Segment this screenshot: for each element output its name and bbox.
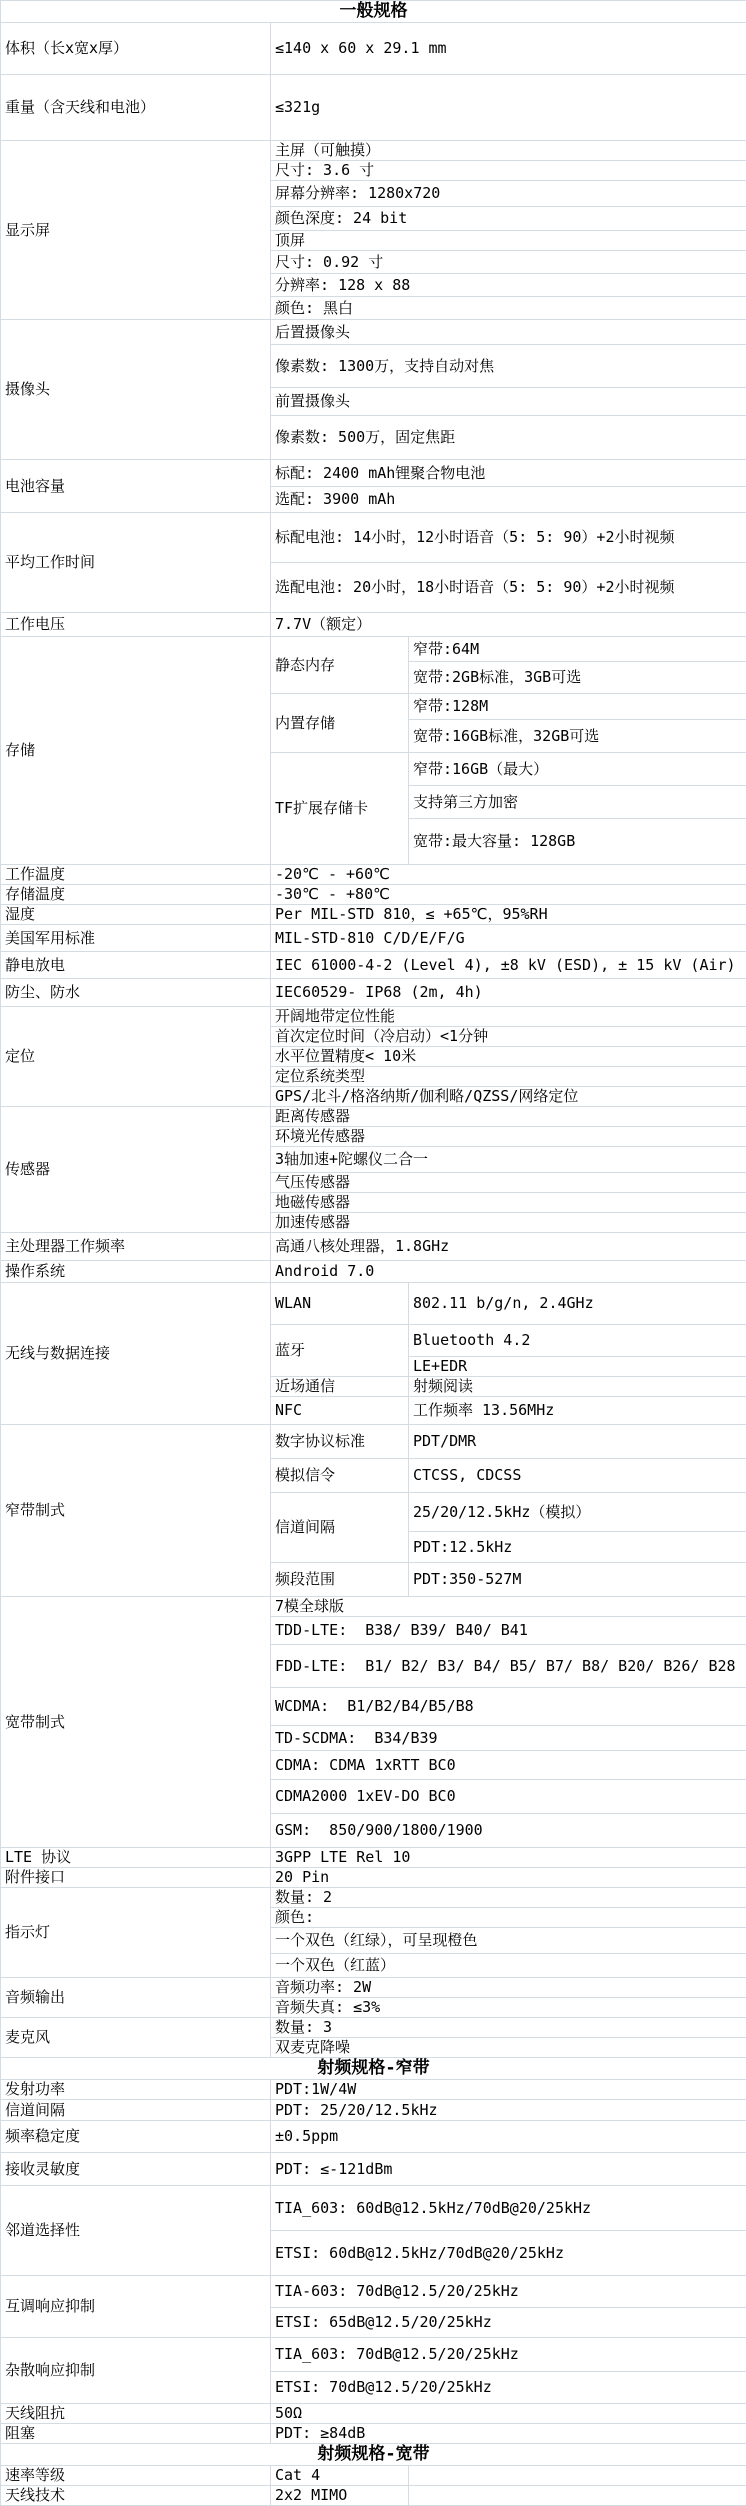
spec-value-cell: 屏幕分辨率: 1280x720 — [271, 181, 746, 207]
spec-label-cell: 定位 — [1, 1007, 271, 1107]
spec-label-cell: 湿度 — [1, 905, 271, 925]
spec-value-cell: Android 7.0 — [271, 1261, 746, 1283]
spec-value-cell: GSM: 850/900/1800/1900 — [271, 1814, 746, 1848]
spec-value-cell: Per MIL-STD 810，≤ +65℃，95%RH — [271, 905, 746, 925]
spec-value-cell: IEC 61000-4-2 (Level 4), ±8 kV (ESD), ± … — [271, 952, 746, 979]
spec-value-cell: 像素数: 1300万，支持自动对焦 — [271, 345, 746, 388]
spec-label-cell: LTE 协议 — [1, 1848, 271, 1868]
spec-value-cell: 25/20/12.5kHz（模拟） — [409, 1493, 746, 1532]
spec-value-cell: 射频阅读 — [409, 1377, 746, 1397]
spec-label-cell: 工作温度 — [1, 865, 271, 885]
spec-value-cell: 尺寸: 3.6 寸 — [271, 161, 746, 181]
spec-label-cell: 操作系统 — [1, 1261, 271, 1283]
spec-value-cell: ETSI: 60dB@12.5kHz/70dB@20/25kHz — [271, 2231, 746, 2276]
spec-value-cell: Cat 4 — [271, 2466, 409, 2486]
spec-value-cell: TIA_603: 60dB@12.5kHz/70dB@20/25kHz — [271, 2186, 746, 2231]
spec-value-cell: 窄带:128M — [409, 694, 746, 720]
spec-value-cell: CTCSS, CDCSS — [409, 1459, 746, 1493]
spec-value-cell: 选配: 3900 mAh — [271, 487, 746, 513]
spec-label-cell: 静电放电 — [1, 952, 271, 979]
spec-value-cell: 支持第三方加密 — [409, 786, 746, 819]
spec-sub-cell: WLAN — [271, 1283, 409, 1325]
spec-value-cell: 地磁传感器 — [271, 1193, 746, 1213]
spec-value-cell: TIA-603: 70dB@12.5/20/25kHz — [271, 2276, 746, 2308]
spec-value-cell: 标配: 2400 mAh锂聚合物电池 — [271, 460, 746, 487]
spec-label-cell: 速率等级 — [1, 2466, 271, 2486]
spec-sub-cell: 频段范围 — [271, 1563, 409, 1597]
spec-value-cell: 宽带:16GB标准，32GB可选 — [409, 720, 746, 753]
spec-value-cell: 环境光传感器 — [271, 1127, 746, 1147]
spec-label-cell: 传感器 — [1, 1107, 271, 1233]
spec-sub-cell: NFC — [271, 1397, 409, 1425]
spec-value-cell: PDT:350-527M — [409, 1563, 746, 1597]
spec-value-cell: MIL-STD-810 C/D/E/F/G — [271, 925, 746, 952]
spec-value-cell: 3轴加速+陀螺仪二合一 — [271, 1147, 746, 1173]
spec-value-cell: ETSI: 70dB@12.5/20/25kHz — [271, 2372, 746, 2404]
spec-label-cell: 平均工作时间 — [1, 513, 271, 613]
spec-value-cell: PDT:1W/4W — [271, 2080, 746, 2100]
spec-value-cell: 宽带:2GB标准，3GB可选 — [409, 662, 746, 694]
spec-value-cell: 音频功率: 2W — [271, 1978, 746, 1998]
spec-empty-cell — [409, 2466, 746, 2486]
spec-value-cell: 后置摄像头 — [271, 320, 746, 345]
spec-sub-cell: 蓝牙 — [271, 1325, 409, 1377]
spec-value-cell: ±0.5ppm — [271, 2121, 746, 2153]
spec-label-cell: 接收灵敏度 — [1, 2153, 271, 2186]
spec-sub-cell: 近场通信 — [271, 1377, 409, 1397]
spec-label-cell: 存储温度 — [1, 885, 271, 905]
spec-value-cell: 3GPP LTE Rel 10 — [271, 1848, 746, 1868]
spec-value-cell: 窄带:64M — [409, 637, 746, 662]
spec-value-cell: WCDMA: B1/B2/B4/B5/B8 — [271, 1688, 746, 1726]
spec-value-cell: PDT: 25/20/12.5kHz — [271, 2100, 746, 2121]
spec-label-cell: 防尘、防水 — [1, 979, 271, 1007]
spec-label-cell: 天线阻抗 — [1, 2404, 271, 2424]
spec-label-cell: 显示屏 — [1, 141, 271, 320]
spec-value-cell: 颜色: — [271, 1908, 746, 1928]
spec-value-cell: Bluetooth 4.2 — [409, 1325, 746, 1357]
spec-value-cell: 7.7V（额定） — [271, 613, 746, 637]
spec-value-cell: 数量: 2 — [271, 1888, 746, 1908]
spec-value-cell: ≤321g — [271, 75, 746, 141]
spec-label-cell: 发射功率 — [1, 2080, 271, 2100]
spec-label-cell: 信道间隔 — [1, 2100, 271, 2121]
spec-sub-cell: 静态内存 — [271, 637, 409, 694]
spec-value-cell: PDT: ≥84dB — [271, 2424, 746, 2444]
spec-label-cell: 电池容量 — [1, 460, 271, 513]
spec-value-cell: CDMA2000 1xEV-DO BC0 — [271, 1780, 746, 1814]
spec-label-cell: 摄像头 — [1, 320, 271, 460]
spec-value-cell: TIA_603: 70dB@12.5/20/25kHz — [271, 2338, 746, 2372]
spec-value-cell: FDD-LTE: B1/ B2/ B3/ B4/ B5/ B7/ B8/ B20… — [271, 1645, 746, 1688]
spec-value-cell: 定位系统类型 — [271, 1067, 746, 1087]
spec-value-cell: 2x2 MIMO — [271, 2486, 409, 2506]
section-header: 一般规格 — [1, 1, 746, 23]
spec-value-cell: 尺寸: 0.92 寸 — [271, 251, 746, 274]
spec-value-cell: 主屏（可触摸） — [271, 141, 746, 161]
spec-value-cell: 7模全球版 — [271, 1597, 746, 1617]
spec-label-cell: 杂散响应抑制 — [1, 2338, 271, 2404]
spec-value-cell: 首次定位时间（冷启动）<1分钟 — [271, 1027, 746, 1047]
section-header: 射频规格-宽带 — [1, 2444, 746, 2466]
spec-value-cell: 高通八核处理器，1.8GHz — [271, 1233, 746, 1261]
spec-value-cell: 气压传感器 — [271, 1173, 746, 1193]
spec-label-cell: 阻塞 — [1, 2424, 271, 2444]
spec-value-cell: 顶屏 — [271, 231, 746, 251]
spec-value-cell: 一个双色（红蓝） — [271, 1954, 746, 1978]
spec-table: 一般规格体积（长x宽x厚）≤140 x 60 x 29.1 mm重量（含天线和电… — [0, 0, 746, 2506]
spec-value-cell: 802.11 b/g/n, 2.4GHz — [409, 1283, 746, 1325]
spec-value-cell: GPS/北斗/格洛纳斯/伽利略/QZSS/网络定位 — [271, 1087, 746, 1107]
spec-label-cell: 工作电压 — [1, 613, 271, 637]
spec-sub-cell: 数字协议标准 — [271, 1425, 409, 1459]
spec-value-cell: -30℃ - +80℃ — [271, 885, 746, 905]
spec-value-cell: PDT:12.5kHz — [409, 1532, 746, 1563]
spec-sub-cell: 信道间隔 — [271, 1493, 409, 1563]
spec-label-cell: 互调响应抑制 — [1, 2276, 271, 2338]
spec-value-cell: 宽带:最大容量: 128GB — [409, 819, 746, 865]
spec-label-cell: 天线技术 — [1, 2486, 271, 2506]
spec-value-cell: 开阔地带定位性能 — [271, 1007, 746, 1027]
spec-label-cell: 体积（长x宽x厚） — [1, 23, 271, 75]
spec-sub-cell: 模拟信令 — [271, 1459, 409, 1493]
spec-value-cell: 颜色深度: 24 bit — [271, 207, 746, 231]
spec-value-cell: -20℃ - +60℃ — [271, 865, 746, 885]
spec-table-body: 一般规格体积（长x宽x厚）≤140 x 60 x 29.1 mm重量（含天线和电… — [1, 1, 746, 2506]
spec-value-cell: 音频失真: ≤3% — [271, 1998, 746, 2018]
spec-value-cell: TD-SCDMA: B34/B39 — [271, 1726, 746, 1751]
spec-label-cell: 美国军用标准 — [1, 925, 271, 952]
spec-value-cell: 颜色: 黑白 — [271, 297, 746, 320]
spec-value-cell: LE+EDR — [409, 1357, 746, 1377]
spec-label-cell: 指示灯 — [1, 1888, 271, 1978]
spec-value-cell: 50Ω — [271, 2404, 746, 2424]
spec-value-cell: 20 Pin — [271, 1868, 746, 1888]
spec-sub-cell: 内置存储 — [271, 694, 409, 753]
spec-value-cell: 前置摄像头 — [271, 388, 746, 416]
spec-label-cell: 无线与数据连接 — [1, 1283, 271, 1425]
spec-value-cell: 一个双色（红绿），可呈现橙色 — [271, 1928, 746, 1954]
spec-value-cell: 标配电池: 14小时，12小时语音（5: 5: 90）+2小时视频 — [271, 513, 746, 563]
spec-value-cell: 窄带:16GB（最大） — [409, 753, 746, 786]
spec-value-cell: IEC60529- IP68 (2m, 4h) — [271, 979, 746, 1007]
spec-empty-cell — [409, 2486, 746, 2506]
spec-value-cell: 距离传感器 — [271, 1107, 746, 1127]
spec-value-cell: 加速传感器 — [271, 1213, 746, 1233]
spec-label-cell: 邻道选择性 — [1, 2186, 271, 2276]
spec-label-cell: 主处理器工作频率 — [1, 1233, 271, 1261]
spec-label-cell: 宽带制式 — [1, 1597, 271, 1848]
spec-value-cell: 双麦克降噪 — [271, 2038, 746, 2058]
section-header: 射频规格-窄带 — [1, 2058, 746, 2080]
spec-value-cell: PDT/DMR — [409, 1425, 746, 1459]
spec-value-cell: 工作频率 13.56MHz — [409, 1397, 746, 1425]
spec-label-cell: 存储 — [1, 637, 271, 865]
spec-value-cell: 像素数: 500万，固定焦距 — [271, 416, 746, 460]
spec-value-cell: 选配电池: 20小时，18小时语音（5: 5: 90）+2小时视频 — [271, 563, 746, 613]
spec-value-cell: 数量: 3 — [271, 2018, 746, 2038]
spec-value-cell: 分辨率: 128 x 88 — [271, 274, 746, 297]
spec-label-cell: 窄带制式 — [1, 1425, 271, 1597]
spec-label-cell: 音频输出 — [1, 1978, 271, 2018]
spec-value-cell: CDMA: CDMA 1xRTT BC0 — [271, 1751, 746, 1780]
spec-sub-cell: TF扩展存储卡 — [271, 753, 409, 865]
spec-label-cell: 麦克风 — [1, 2018, 271, 2058]
spec-label-cell: 重量（含天线和电池） — [1, 75, 271, 141]
spec-value-cell: 水平位置精度< 10米 — [271, 1047, 746, 1067]
spec-value-cell: PDT: ≤-121dBm — [271, 2153, 746, 2186]
spec-value-cell: ≤140 x 60 x 29.1 mm — [271, 23, 746, 75]
spec-value-cell: ETSI: 65dB@12.5/20/25kHz — [271, 2308, 746, 2338]
spec-label-cell: 频率稳定度 — [1, 2121, 271, 2153]
spec-value-cell: TDD-LTE: B38/ B39/ B40/ B41 — [271, 1617, 746, 1645]
spec-label-cell: 附件接口 — [1, 1868, 271, 1888]
spec-table-container: 一般规格体积（长x宽x厚）≤140 x 60 x 29.1 mm重量（含天线和电… — [0, 0, 746, 2506]
